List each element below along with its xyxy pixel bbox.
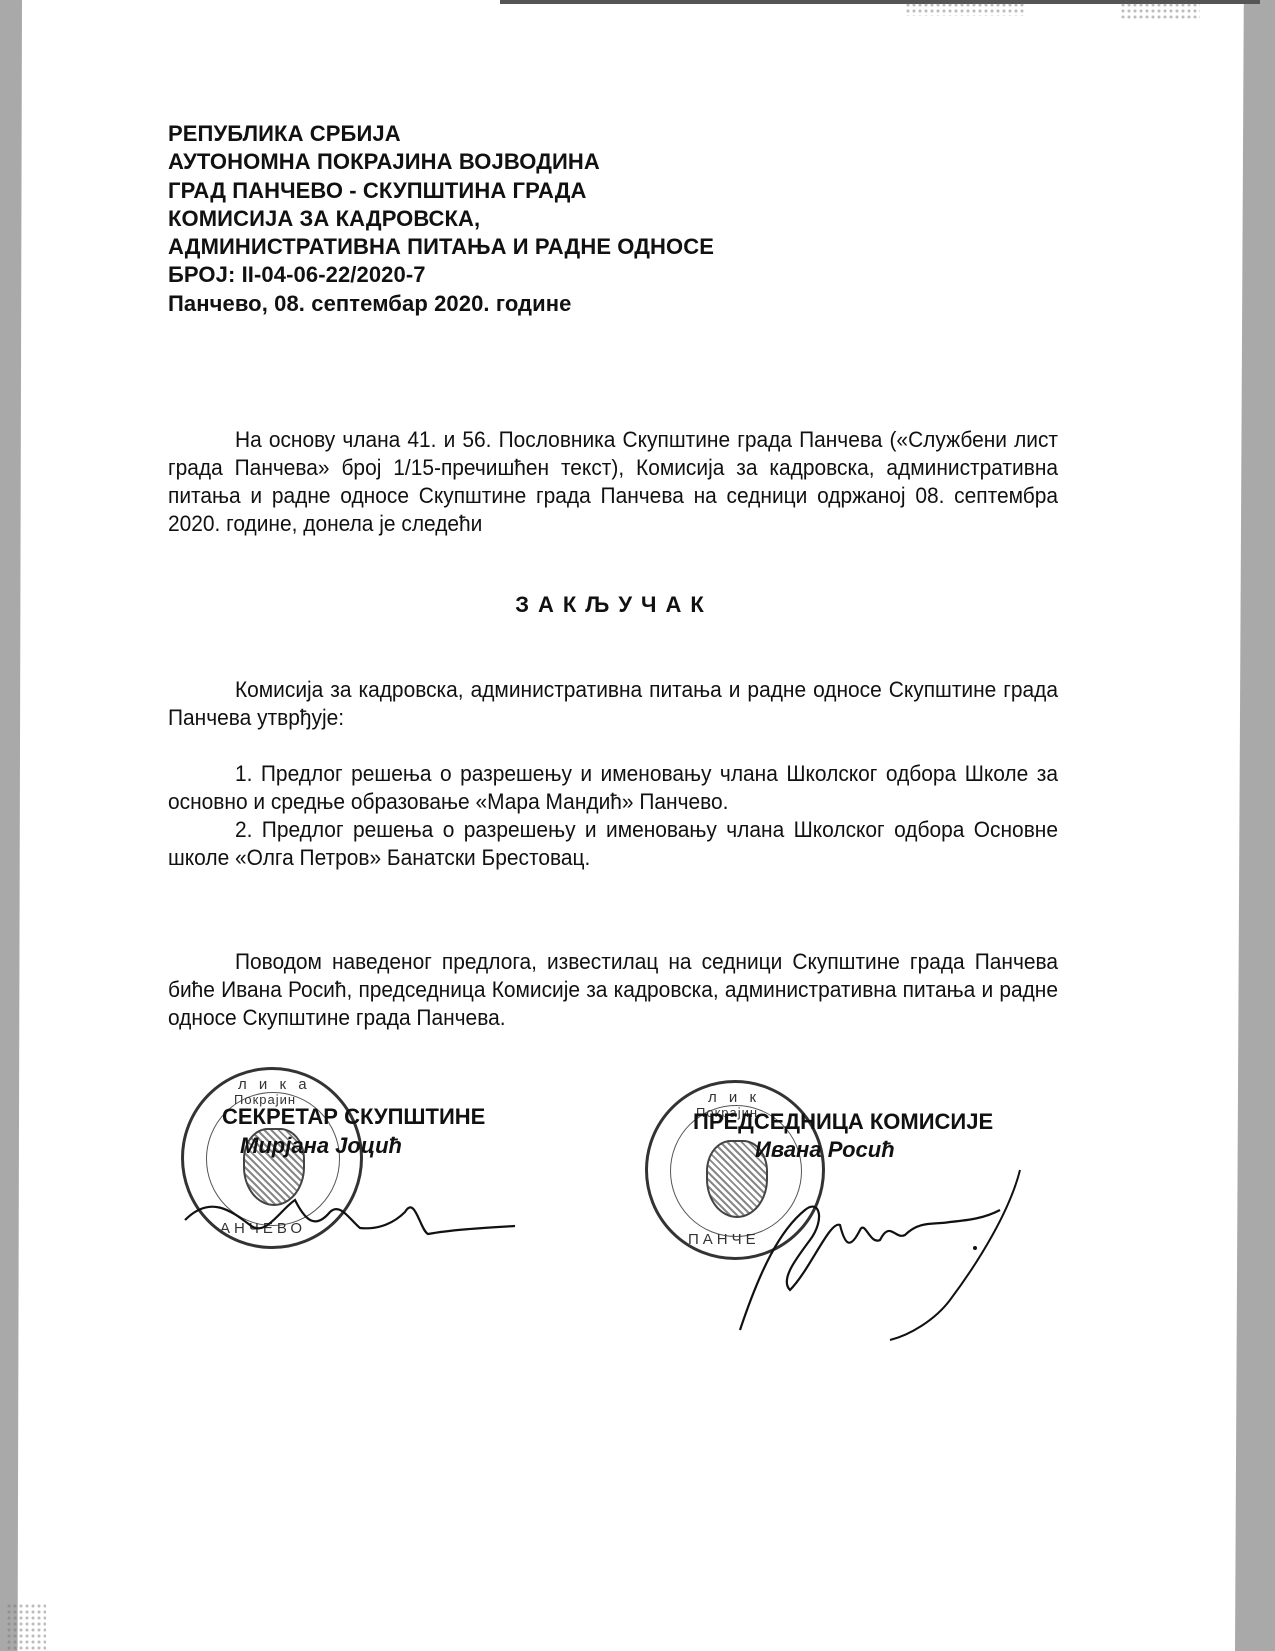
handwritten-signature-right xyxy=(720,1150,1040,1340)
scan-noise xyxy=(6,1603,46,1651)
seal-text-top: л и к а xyxy=(238,1076,311,1093)
scan-border-left xyxy=(0,0,22,1651)
document-page: РЕПУБЛИКА СРБИЈА АУТОНОМНА ПОКРАЈИНА ВОЈ… xyxy=(0,0,1275,1651)
intro-paragraph: На основу члана 41. и 56. Пословника Ску… xyxy=(168,426,1058,538)
document-header: РЕПУБЛИКА СРБИЈА АУТОНОМНА ПОКРАЈИНА ВОЈ… xyxy=(168,120,714,318)
header-reference-number: БРОЈ: II-04-06-22/2020-7 xyxy=(168,261,714,289)
signatory-name-secretary: Мирјана Јоцић xyxy=(240,1133,402,1159)
conclusion-item-2: 2. Предлог решења о разрешењу и именовањ… xyxy=(168,816,1058,872)
signatory-title-secretary: СЕКРЕТАР СКУПШТИНЕ xyxy=(222,1104,485,1130)
scan-border-right xyxy=(1235,0,1275,1651)
header-province: АУТОНОМНА ПОКРАЈИНА ВОЈВОДИНА xyxy=(168,148,714,176)
scan-noise xyxy=(905,2,1025,16)
header-commission-line1: КОМИСИЈА ЗА КАДРОВСКА, xyxy=(168,205,714,233)
scan-noise xyxy=(1120,2,1200,20)
statement-paragraph: Комисија за кадровска, административна п… xyxy=(168,676,1058,732)
header-city-assembly: ГРАД ПАНЧЕВО - СКУПШТИНА ГРАДА xyxy=(168,177,714,205)
document-title: ЗАКЉУЧАК xyxy=(0,592,1228,618)
header-country: РЕПУБЛИКА СРБИЈА xyxy=(168,120,714,148)
seal-text-top: л и к xyxy=(708,1089,760,1106)
closing-paragraph: Поводом наведеног предлога, известилац н… xyxy=(168,948,1058,1032)
header-place-date: Панчево, 08. септембар 2020. године xyxy=(168,290,714,318)
handwritten-signature-left xyxy=(180,1190,520,1260)
header-commission-line2: АДМИНИСТРАТИВНА ПИТАЊА И РАДНЕ ОДНОСЕ xyxy=(168,233,714,261)
conclusion-item-1: 1. Предлог решења о разрешењу и именовањ… xyxy=(168,760,1058,816)
signatory-title-chairwoman: ПРЕДСЕДНИЦА КОМИСИЈЕ xyxy=(693,1109,993,1135)
